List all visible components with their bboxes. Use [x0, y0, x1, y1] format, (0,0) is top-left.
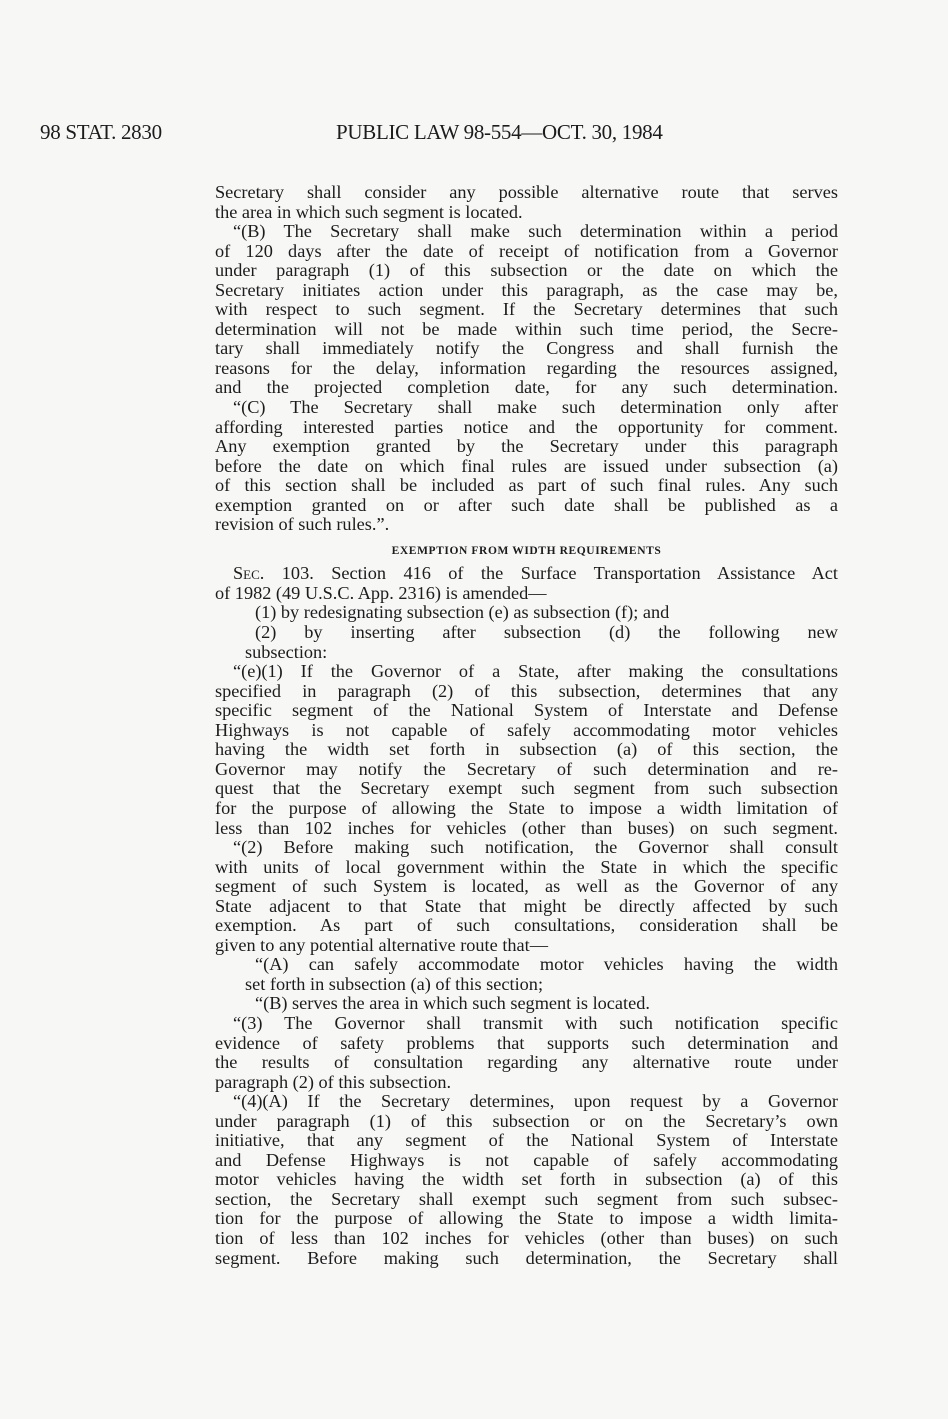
text-line: the area in which such segment is locate… — [215, 203, 838, 223]
text-line: under paragraph (1) of this subsection o… — [215, 261, 838, 281]
text-line: State adjacent to that State that might … — [215, 897, 838, 917]
text-line: exemption granted on or after such date … — [215, 496, 838, 516]
paragraph-2: “(2) Before making such notification, th… — [215, 838, 838, 1014]
text-line: tion of less than 102 inches for vehicle… — [215, 1229, 838, 1249]
text-line: exemption. As part of such consultations… — [215, 916, 838, 936]
text-line: Highways is not capable of safely accomm… — [215, 721, 838, 741]
text-line: section, the Secretary shall exempt such… — [215, 1190, 838, 1210]
section-103: Sec. 103. Section 416 of the Surface Tra… — [215, 564, 838, 662]
document-body: Secretary shall consider any possible al… — [215, 183, 838, 1268]
subparagraph-b: “(B) serves the area in which such segme… — [215, 994, 838, 1014]
text-line: of 120 days after the date of receipt of… — [215, 242, 838, 262]
text-line: before the date on which final rules are… — [215, 457, 838, 477]
text-line: specified in paragraph (2) of this subse… — [215, 682, 838, 702]
paragraph-c: “(C) The Secretary shall make such deter… — [215, 398, 838, 535]
text-line: segment. Before making such determinatio… — [215, 1249, 838, 1269]
text-line: set forth in subsection (a) of this sect… — [215, 975, 838, 995]
text-line: for the purpose of allowing the State to… — [215, 799, 838, 819]
text-line: of 1982 (49 U.S.C. App. 2316) is amended… — [215, 584, 838, 604]
amendment-item-1: (1) by redesignating subsection (e) as s… — [215, 603, 838, 623]
text-line: the results of consultation regarding an… — [215, 1053, 838, 1073]
public-law-title: PUBLIC LAW 98-554—OCT. 30, 1984 — [336, 120, 663, 145]
section-label: Sec. — [233, 563, 264, 583]
text-line: with units of local government within th… — [215, 858, 838, 878]
text-line: segment of such System is located, as we… — [215, 877, 838, 897]
continued-paragraph: Secretary shall consider any possible al… — [215, 183, 838, 222]
paragraph-e-1: “(e)(1) If the Governor of a State, afte… — [215, 662, 838, 838]
text-line: evidence of safety problems that support… — [215, 1034, 838, 1054]
text-line: Governor may notify the Secretary of suc… — [215, 760, 838, 780]
paragraph-b: “(B) The Secretary shall make such deter… — [215, 222, 838, 398]
text-line: affording interested parties notice and … — [215, 418, 838, 438]
text-line: reasons for the delay, information regar… — [215, 359, 838, 379]
text-line: “(4)(A) If the Secretary determines, upo… — [215, 1092, 838, 1112]
subparagraph-a: “(A) can safely accommodate motor vehicl… — [215, 955, 838, 975]
text-line: “(2) Before making such notification, th… — [215, 838, 838, 858]
text-line: initiative, that any segment of the Nati… — [215, 1131, 838, 1151]
document-page: 98 STAT. 2830 PUBLIC LAW 98-554—OCT. 30,… — [0, 0, 948, 1419]
text-line: motor vehicles having the width set fort… — [215, 1170, 838, 1190]
amendment-item-2: (2) by inserting after subsection (d) th… — [215, 623, 838, 643]
text-line: Secretary shall consider any possible al… — [215, 183, 838, 203]
text-line: with respect to such segment. If the Sec… — [215, 300, 838, 320]
text-line: paragraph (2) of this subsection. — [215, 1073, 838, 1093]
paragraph-4-a: “(4)(A) If the Secretary determines, upo… — [215, 1092, 838, 1268]
text-line: given to any potential alternative route… — [215, 936, 838, 956]
running-head: 98 STAT. 2830 PUBLIC LAW 98-554—OCT. 30,… — [0, 120, 948, 146]
text-line: and Defense Highways is not capable of s… — [215, 1151, 838, 1171]
text-line: determination will not be made within su… — [215, 320, 838, 340]
text-line: quest that the Secretary exempt such seg… — [215, 779, 838, 799]
text-line: less than 102 inches for vehicles (other… — [215, 819, 838, 839]
text-line: tary shall immediately notify the Congre… — [215, 339, 838, 359]
text-line: Any exemption granted by the Secretary u… — [215, 437, 838, 457]
text-line: “(3) The Governor shall transmit with su… — [215, 1014, 838, 1034]
text-line: tion for the purpose of allowing the Sta… — [215, 1209, 838, 1229]
text-line: “(C) The Secretary shall make such deter… — [215, 398, 838, 418]
text-line: and the projected completion date, for a… — [215, 378, 838, 398]
section-heading: EXEMPTION FROM WIDTH REQUIREMENTS — [215, 539, 838, 559]
text-line: subsection: — [215, 643, 838, 663]
text-line: revision of such rules.”. — [215, 515, 838, 535]
text-line: Sec. 103. Section 416 of the Surface Tra… — [215, 564, 838, 584]
text-line: specific segment of the National System … — [215, 701, 838, 721]
text-line: of this section shall be included as par… — [215, 476, 838, 496]
statute-page-number: 98 STAT. 2830 — [40, 120, 162, 145]
text-line: “(e)(1) If the Governor of a State, afte… — [215, 662, 838, 682]
text-line: having the width set forth in subsection… — [215, 740, 838, 760]
section-text: 103. Section 416 of the Surface Transpor… — [282, 563, 838, 583]
paragraph-3: “(3) The Governor shall transmit with su… — [215, 1014, 838, 1092]
text-line: under paragraph (1) of this subsection o… — [215, 1112, 838, 1132]
text-line: Secretary initiates action under this pa… — [215, 281, 838, 301]
text-line: “(B) The Secretary shall make such deter… — [215, 222, 838, 242]
